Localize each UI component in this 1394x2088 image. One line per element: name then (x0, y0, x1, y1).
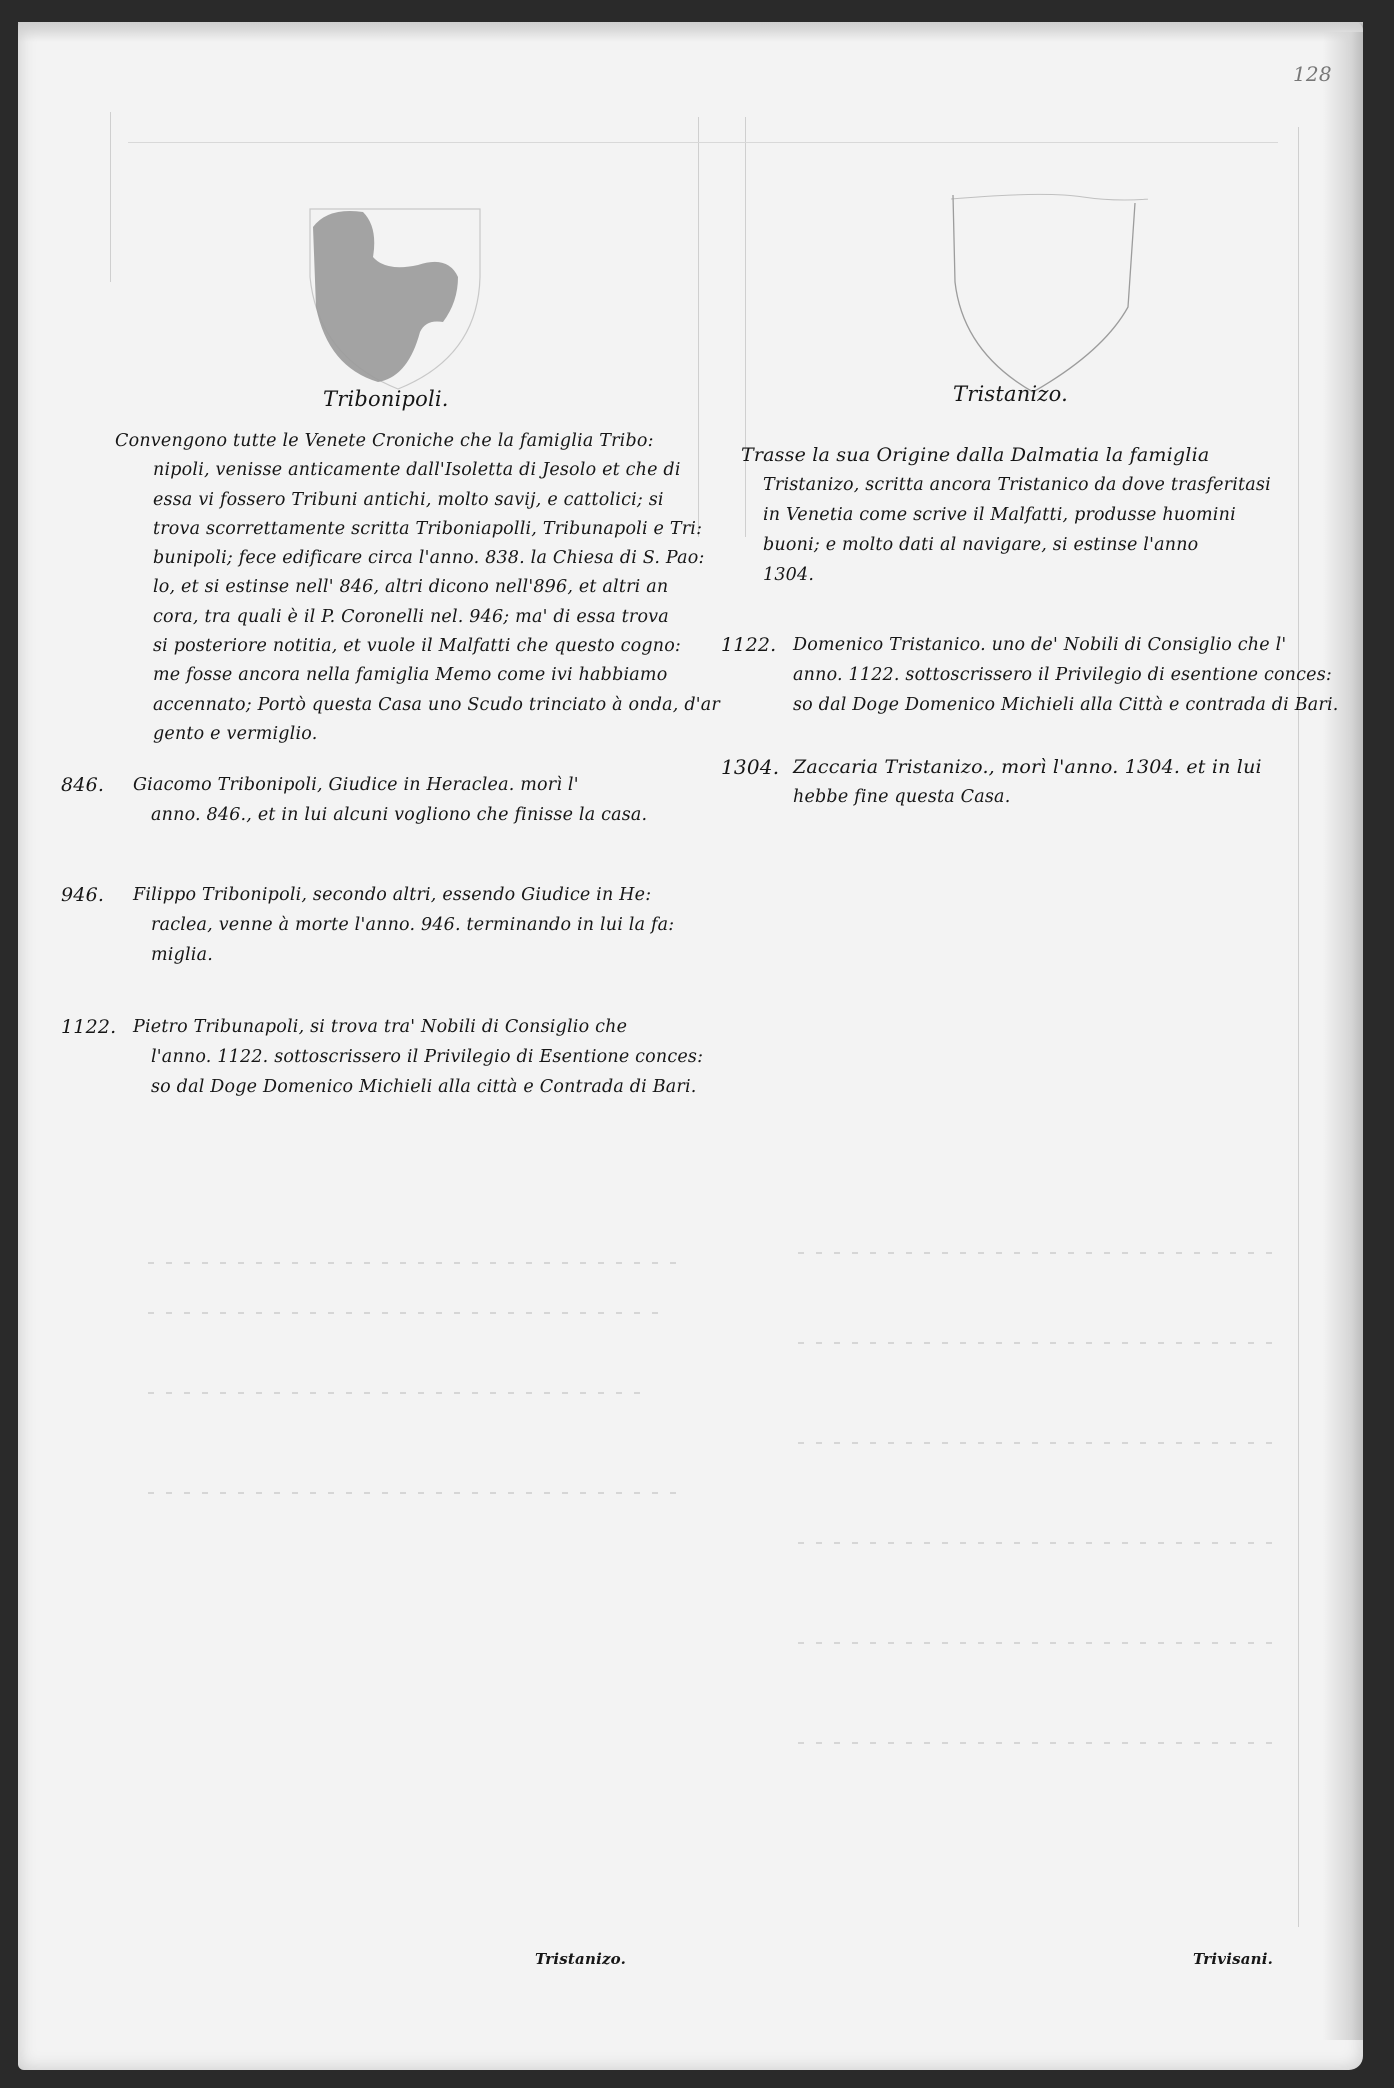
bleed-through-text (148, 1392, 648, 1394)
bleed-through-text (798, 1642, 1278, 1644)
bleed-through-text (798, 1542, 1278, 1544)
text-line: trova scorrettamente scritta Triboniapol… (153, 515, 720, 544)
text-line: Zaccaria Tristanizo., morì l'anno. 1304.… (793, 752, 1262, 782)
text-line: in Venetia come scrive il Malfatti, prod… (763, 500, 1271, 530)
text-line: essa vi fossero Tribuni antichi, molto s… (153, 486, 720, 515)
genealogy-entry: 1122. Domenico Tristanico. uno de' Nobil… (793, 630, 1339, 720)
text-line: so dal Doge Domenico Michieli alla Città… (793, 690, 1339, 720)
text-line: lo, et si estinse nell' 846, altri dicon… (153, 573, 720, 602)
coat-of-arms-shield-empty-icon (923, 187, 1148, 402)
text-line: anno. 1122. sottoscrissero il Privilegio… (793, 660, 1339, 690)
text-line: Domenico Tristanico. uno de' Nobili di C… (793, 630, 1339, 660)
ruled-top-line (128, 142, 1278, 143)
text-line: Pietro Tribunapoli, si trova tra' Nobili… (133, 1012, 703, 1042)
genealogy-entry: 1122. Pietro Tribunapoli, si trova tra' … (133, 1012, 703, 1102)
bleed-through-text (798, 1252, 1278, 1254)
family-title-tribonipoli: Tribonipoli. (323, 387, 449, 411)
text-line: bunipoli; fece edificare circa l'anno. 8… (153, 544, 720, 573)
text-line: buoni; e molto dati al navigare, si esti… (763, 530, 1271, 560)
bleed-through-text (148, 1492, 688, 1494)
bleed-through-text (148, 1312, 668, 1314)
text-line: Trasse la sua Origine dalla Dalmatia la … (741, 440, 1271, 470)
entry-year: 1122. (61, 1012, 116, 1042)
family-description-tristanizo: Trasse la sua Origine dalla Dalmatia la … (763, 440, 1271, 590)
text-line: anno. 846., et in lui alcuni vogliono ch… (151, 800, 647, 830)
text-line: Tristanizo, scritta ancora Tristanico da… (763, 470, 1271, 500)
entry-year: 1122. (721, 630, 776, 660)
text-line: me fosse ancora nella famiglia Memo come… (153, 661, 720, 690)
text-line: miglia. (151, 940, 674, 970)
genealogy-entry: 946. Filippo Tribonipoli, secondo altri,… (133, 880, 674, 970)
text-line: accennato; Portò questa Casa uno Scudo t… (153, 691, 720, 720)
bleed-through-text (798, 1342, 1278, 1344)
bleed-through-text (798, 1442, 1278, 1444)
text-line: so dal Doge Domenico Michieli alla città… (151, 1072, 703, 1102)
ruled-margin-line (1298, 127, 1299, 1927)
catchword-right: Trivisani. (1193, 1950, 1273, 1968)
family-title-tristanizo: Tristanizo. (953, 382, 1068, 406)
folio-number: 128 (1293, 62, 1332, 86)
text-line: Giacomo Tribonipoli, Giudice in Heraclea… (133, 770, 647, 800)
entry-year: 946. (61, 880, 104, 910)
text-line: 1304. (763, 560, 1271, 590)
text-line: Filippo Tribonipoli, secondo altri, esse… (133, 880, 674, 910)
text-line: nipoli, venisse anticamente dall'Isolett… (153, 456, 720, 485)
page-edge-shadow (1323, 32, 1363, 2040)
genealogy-entry: 1304. Zaccaria Tristanizo., morì l'anno.… (793, 752, 1262, 812)
column-divider-line (745, 117, 746, 537)
text-line: l'anno. 1122. sottoscrissero il Privileg… (151, 1042, 703, 1072)
bleed-through-text (148, 1262, 688, 1264)
bleed-through-text (798, 1742, 1278, 1744)
text-line: gento e vermiglio. (153, 720, 720, 749)
entry-year: 1304. (721, 752, 779, 782)
text-line: Convengono tutte le Venete Croniche che … (115, 427, 720, 456)
family-description-tribonipoli: Convengono tutte le Venete Croniche che … (153, 427, 720, 749)
manuscript-page: 128 Tribonipoli. Convengono tutte le Ven… (18, 22, 1363, 2070)
genealogy-entry: 846. Giacomo Tribonipoli, Giudice in Her… (133, 770, 647, 830)
ruled-margin-line (110, 112, 111, 282)
text-line: si posteriore notitia, et vuole il Malfa… (153, 632, 720, 661)
text-line: hebbe fine questa Casa. (793, 782, 1262, 812)
text-line: cora, tra quali è il P. Coronelli nel. 9… (153, 603, 720, 632)
catchword-left: Tristanizo. (535, 1950, 626, 1968)
entry-year: 846. (61, 770, 104, 800)
text-line: raclea, venne à morte l'anno. 946. termi… (151, 910, 674, 940)
coat-of-arms-shield-filled-icon (308, 207, 483, 392)
